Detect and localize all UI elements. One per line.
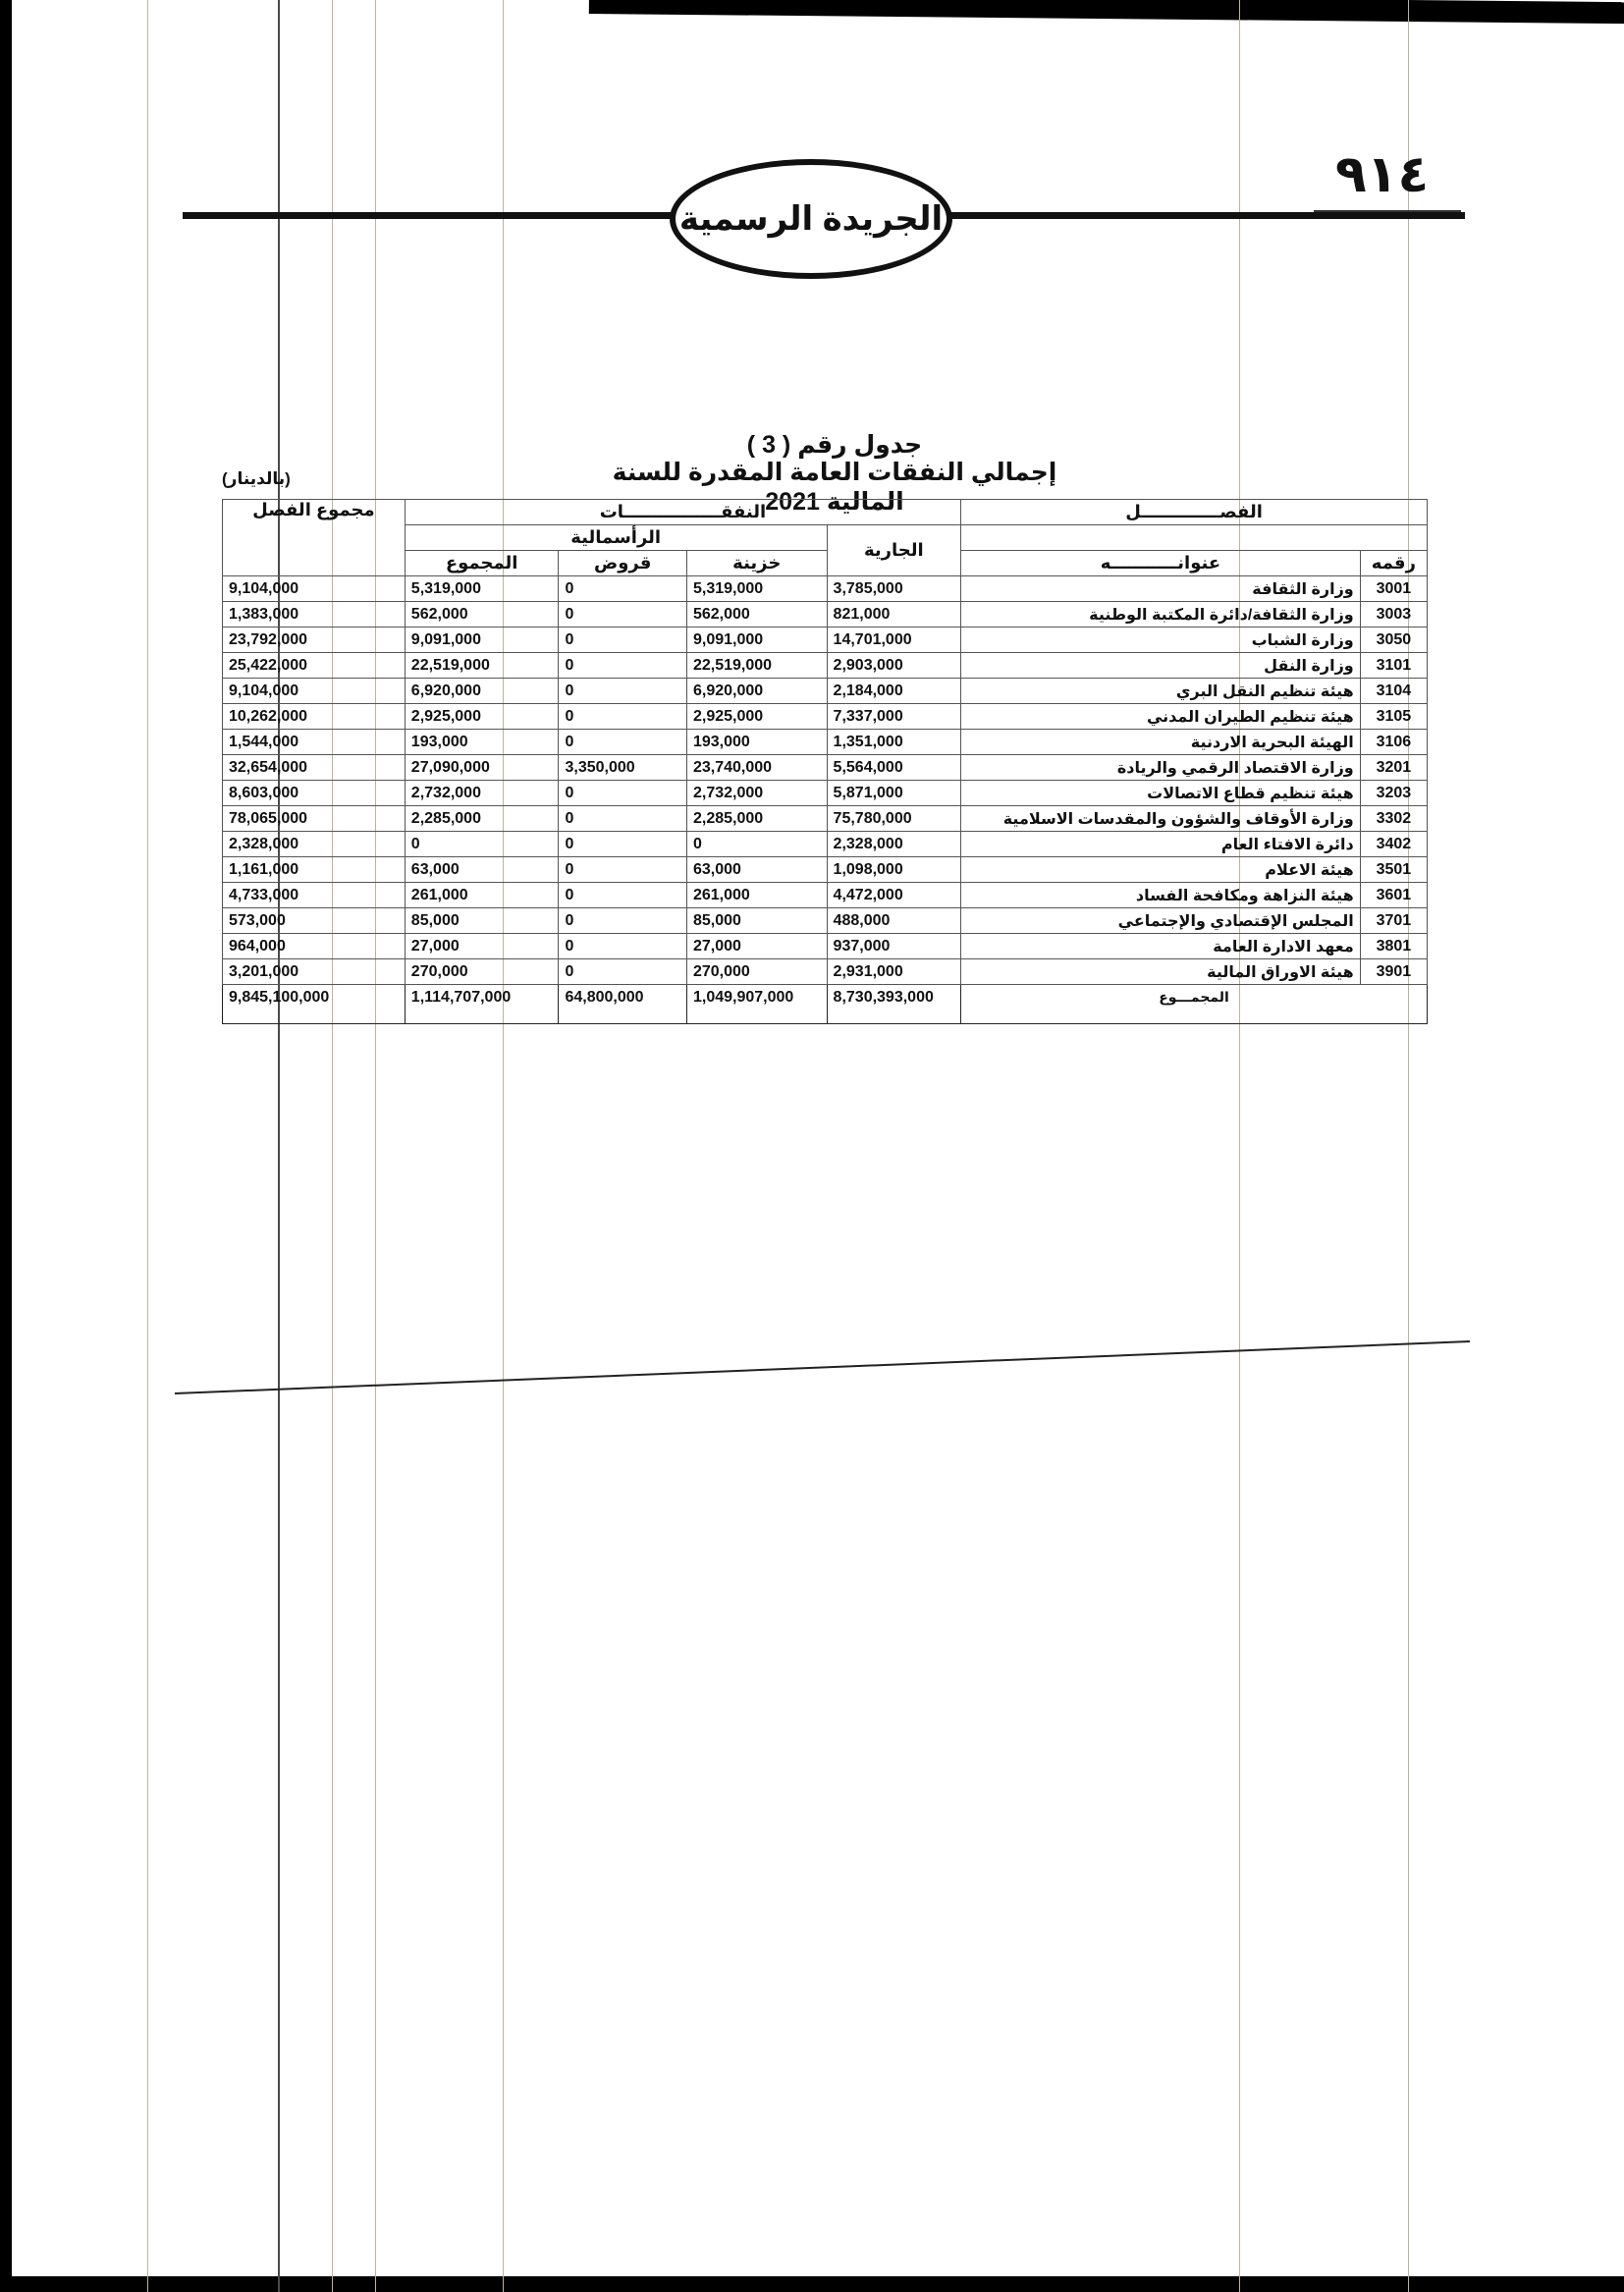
scan-border-left bbox=[0, 0, 12, 2292]
chapter-code: 3101 bbox=[1360, 653, 1427, 679]
table-row: 3302 وزارة الأوقاف والشؤون والمقدسات الا… bbox=[223, 806, 1428, 832]
chapter-name: وزارة الأوقاف والشؤون والمقدسات الاسلامي… bbox=[961, 806, 1361, 832]
capital-loans: 0 bbox=[559, 679, 687, 704]
table-row: 3402 دائرة الافتاء العام 2,328,000 0 0 0… bbox=[223, 832, 1428, 857]
scan-line bbox=[278, 0, 280, 2292]
chapter-code: 3104 bbox=[1360, 679, 1427, 704]
total-capital: 1,114,707,000 bbox=[405, 985, 559, 1024]
scan-line bbox=[1408, 0, 1409, 2292]
capital-loans: 0 bbox=[559, 781, 687, 806]
chapter-total: 1,161,000 bbox=[223, 857, 406, 883]
capital-loans: 0 bbox=[559, 704, 687, 730]
capital-total: 63,000 bbox=[405, 857, 559, 883]
header-treasury: خزينة bbox=[686, 551, 827, 576]
header-expenses: النفقــــــــــــــــات bbox=[405, 500, 960, 525]
current-expenses: 7,337,000 bbox=[827, 704, 961, 730]
chapter-code: 3203 bbox=[1360, 781, 1427, 806]
table-number: جدول رقم ( 3 ) bbox=[589, 430, 1080, 460]
chapter-name: المجلس الإقتصادي والإجتماعي bbox=[961, 908, 1361, 934]
header-chapter-number: رقمه bbox=[1360, 551, 1427, 576]
chapter-name: هيئة تنظيم قطاع الاتصالات bbox=[961, 781, 1361, 806]
current-expenses: 2,328,000 bbox=[827, 832, 961, 857]
current-expenses: 4,472,000 bbox=[827, 883, 961, 908]
chapter-code: 3201 bbox=[1360, 755, 1427, 781]
chapter-code: 3003 bbox=[1360, 602, 1427, 628]
capital-loans: 0 bbox=[559, 628, 687, 653]
table-row: 3106 الهيئة البحرية الاردنية 1,351,000 1… bbox=[223, 730, 1428, 755]
capital-total: 562,000 bbox=[405, 602, 559, 628]
capital-total: 261,000 bbox=[405, 883, 559, 908]
scan-border-bottom bbox=[0, 2276, 1624, 2292]
capital-loans: 0 bbox=[559, 576, 687, 602]
total-loans: 64,800,000 bbox=[559, 985, 687, 1024]
chapter-code: 3106 bbox=[1360, 730, 1427, 755]
capital-total: 6,920,000 bbox=[405, 679, 559, 704]
currency-unit: (بالدينار) bbox=[222, 469, 291, 489]
header-chapter-total: مجموع الفصل bbox=[223, 500, 406, 576]
capital-total: 27,090,000 bbox=[405, 755, 559, 781]
capital-treasury: 85,000 bbox=[686, 908, 827, 934]
chapter-code: 3302 bbox=[1360, 806, 1427, 832]
chapter-code: 3801 bbox=[1360, 934, 1427, 959]
table-row: 3003 وزارة الثقافة/دائرة المكتبة الوطنية… bbox=[223, 602, 1428, 628]
table-row: 3801 معهد الادارة العامة 937,000 27,000 … bbox=[223, 934, 1428, 959]
header-capital-total: المجموع bbox=[405, 551, 559, 576]
chapter-total: 32,654,000 bbox=[223, 755, 406, 781]
table-row: 3601 هيئة النزاهة ومكافحة الفساد 4,472,0… bbox=[223, 883, 1428, 908]
capital-loans: 0 bbox=[559, 730, 687, 755]
capital-treasury: 261,000 bbox=[686, 883, 827, 908]
chapter-total: 964,000 bbox=[223, 934, 406, 959]
chapter-total: 2,328,000 bbox=[223, 832, 406, 857]
table-row: 3203 هيئة تنظيم قطاع الاتصالات 5,871,000… bbox=[223, 781, 1428, 806]
header-capital: الرأسمالية bbox=[405, 525, 827, 551]
capital-total: 85,000 bbox=[405, 908, 559, 934]
table-row: 3105 هيئة تنظيم الطيران المدني 7,337,000… bbox=[223, 704, 1428, 730]
capital-loans: 0 bbox=[559, 653, 687, 679]
capital-loans: 0 bbox=[559, 806, 687, 832]
chapter-code: 3050 bbox=[1360, 628, 1427, 653]
scan-line bbox=[1239, 0, 1240, 2292]
chapter-name: هيئة الاعلام bbox=[961, 857, 1361, 883]
current-expenses: 3,785,000 bbox=[827, 576, 961, 602]
current-expenses: 14,701,000 bbox=[827, 628, 961, 653]
chapter-code: 3105 bbox=[1360, 704, 1427, 730]
capital-treasury: 6,920,000 bbox=[686, 679, 827, 704]
chapter-total: 4,733,000 bbox=[223, 883, 406, 908]
header-chapter: الفصـــــــــــــل bbox=[961, 500, 1428, 525]
chapter-name: وزارة الشباب bbox=[961, 628, 1361, 653]
current-expenses: 488,000 bbox=[827, 908, 961, 934]
chapter-total: 9,104,000 bbox=[223, 679, 406, 704]
scan-line bbox=[147, 0, 148, 2292]
scan-line bbox=[375, 0, 376, 2292]
chapter-name: هيئة تنظيم النقل البري bbox=[961, 679, 1361, 704]
table-row: 3501 هيئة الاعلام 1,098,000 63,000 0 63,… bbox=[223, 857, 1428, 883]
current-expenses: 937,000 bbox=[827, 934, 961, 959]
chapter-name: وزارة الثقافة bbox=[961, 576, 1361, 602]
capital-loans: 0 bbox=[559, 959, 687, 985]
current-expenses: 2,903,000 bbox=[827, 653, 961, 679]
table-row: 3050 وزارة الشباب 14,701,000 9,091,000 0… bbox=[223, 628, 1428, 653]
capital-treasury: 2,285,000 bbox=[686, 806, 827, 832]
chapter-name: معهد الادارة العامة bbox=[961, 934, 1361, 959]
chapter-total: 1,544,000 bbox=[223, 730, 406, 755]
total-chapter: 9,845,100,000 bbox=[223, 985, 406, 1024]
chapter-total: 573,000 bbox=[223, 908, 406, 934]
chapter-name: وزارة النقل bbox=[961, 653, 1361, 679]
capital-treasury: 2,925,000 bbox=[686, 704, 827, 730]
capital-treasury: 23,740,000 bbox=[686, 755, 827, 781]
chapter-total: 10,262,000 bbox=[223, 704, 406, 730]
chapter-name: وزارة الثقافة/دائرة المكتبة الوطنية bbox=[961, 602, 1361, 628]
scan-line bbox=[332, 0, 333, 2292]
total-row: المجمـــوع8,730,393,0001,049,907,00064,8… bbox=[223, 985, 1428, 1024]
scan-border-top bbox=[589, 0, 1624, 25]
capital-loans: 0 bbox=[559, 857, 687, 883]
capital-treasury: 2,732,000 bbox=[686, 781, 827, 806]
capital-loans: 3,350,000 bbox=[559, 755, 687, 781]
total-treasury: 1,049,907,000 bbox=[686, 985, 827, 1024]
table-row: 3201 وزارة الاقتصاد الرقمي والريادة 5,56… bbox=[223, 755, 1428, 781]
total-current: 8,730,393,000 bbox=[827, 985, 961, 1024]
capital-total: 2,285,000 bbox=[405, 806, 559, 832]
chapter-name: هيئة النزاهة ومكافحة الفساد bbox=[961, 883, 1361, 908]
capital-treasury: 270,000 bbox=[686, 959, 827, 985]
page-number: ٩١٤ bbox=[1335, 145, 1429, 204]
expenditure-table: الفصـــــــــــــل النفقــــــــــــــــ… bbox=[222, 499, 1428, 1024]
table-row: 3104 هيئة تنظيم النقل البري 2,184,000 6,… bbox=[223, 679, 1428, 704]
header-chapter-spacer bbox=[961, 525, 1428, 551]
chapter-name: الهيئة البحرية الاردنية bbox=[961, 730, 1361, 755]
capital-total: 2,732,000 bbox=[405, 781, 559, 806]
capital-treasury: 5,319,000 bbox=[686, 576, 827, 602]
chapter-total: 78,065,000 bbox=[223, 806, 406, 832]
capital-treasury: 63,000 bbox=[686, 857, 827, 883]
page-number-rule bbox=[1314, 210, 1461, 212]
current-expenses: 5,871,000 bbox=[827, 781, 961, 806]
current-expenses: 2,931,000 bbox=[827, 959, 961, 985]
table-row: 3001 وزارة الثقافة 3,785,000 5,319,000 0… bbox=[223, 576, 1428, 602]
chapter-total: 1,383,000 bbox=[223, 602, 406, 628]
chapter-total: 23,792,000 bbox=[223, 628, 406, 653]
table-row: 3901 هيئة الاوراق المالية 2,931,000 270,… bbox=[223, 959, 1428, 985]
capital-treasury: 22,519,000 bbox=[686, 653, 827, 679]
stray-pen-line bbox=[175, 1340, 1470, 1394]
chapter-code: 3701 bbox=[1360, 908, 1427, 934]
capital-loans: 0 bbox=[559, 908, 687, 934]
chapter-total: 9,104,000 bbox=[223, 576, 406, 602]
current-expenses: 5,564,000 bbox=[827, 755, 961, 781]
chapter-code: 3501 bbox=[1360, 857, 1427, 883]
capital-total: 270,000 bbox=[405, 959, 559, 985]
chapter-total: 3,201,000 bbox=[223, 959, 406, 985]
chapter-name: دائرة الافتاء العام bbox=[961, 832, 1361, 857]
total-label: المجمـــوع bbox=[961, 985, 1428, 1024]
capital-total: 9,091,000 bbox=[405, 628, 559, 653]
current-expenses: 1,098,000 bbox=[827, 857, 961, 883]
capital-treasury: 27,000 bbox=[686, 934, 827, 959]
capital-treasury: 0 bbox=[686, 832, 827, 857]
capital-total: 5,319,000 bbox=[405, 576, 559, 602]
capital-total: 27,000 bbox=[405, 934, 559, 959]
publication-name: الجريدة الرسمية bbox=[679, 199, 943, 239]
header-current: الجارية bbox=[827, 525, 961, 576]
table-row: 3101 وزارة النقل 2,903,000 22,519,000 0 … bbox=[223, 653, 1428, 679]
chapter-code: 3402 bbox=[1360, 832, 1427, 857]
scan-line bbox=[503, 0, 504, 2292]
capital-total: 0 bbox=[405, 832, 559, 857]
capital-treasury: 193,000 bbox=[686, 730, 827, 755]
chapter-code: 3001 bbox=[1360, 576, 1427, 602]
capital-total: 193,000 bbox=[405, 730, 559, 755]
chapter-code: 3601 bbox=[1360, 883, 1427, 908]
current-expenses: 75,780,000 bbox=[827, 806, 961, 832]
chapter-name: وزارة الاقتصاد الرقمي والريادة bbox=[961, 755, 1361, 781]
chapter-total: 25,422,000 bbox=[223, 653, 406, 679]
current-expenses: 2,184,000 bbox=[827, 679, 961, 704]
chapter-name: هيئة تنظيم الطيران المدني bbox=[961, 704, 1361, 730]
header-chapter-title: عنوانـــــــــــه bbox=[961, 551, 1361, 576]
capital-loans: 0 bbox=[559, 832, 687, 857]
gazette-logo: الجريدة الرسمية bbox=[670, 159, 952, 279]
header-loans: قروض bbox=[559, 551, 687, 576]
capital-treasury: 562,000 bbox=[686, 602, 827, 628]
table-row: 3701 المجلس الإقتصادي والإجتماعي 488,000… bbox=[223, 908, 1428, 934]
capital-loans: 0 bbox=[559, 602, 687, 628]
capital-total: 22,519,000 bbox=[405, 653, 559, 679]
capital-treasury: 9,091,000 bbox=[686, 628, 827, 653]
chapter-code: 3901 bbox=[1360, 959, 1427, 985]
capital-loans: 0 bbox=[559, 934, 687, 959]
chapter-name: هيئة الاوراق المالية bbox=[961, 959, 1361, 985]
capital-total: 2,925,000 bbox=[405, 704, 559, 730]
chapter-total: 8,603,000 bbox=[223, 781, 406, 806]
capital-loans: 0 bbox=[559, 883, 687, 908]
current-expenses: 821,000 bbox=[827, 602, 961, 628]
current-expenses: 1,351,000 bbox=[827, 730, 961, 755]
